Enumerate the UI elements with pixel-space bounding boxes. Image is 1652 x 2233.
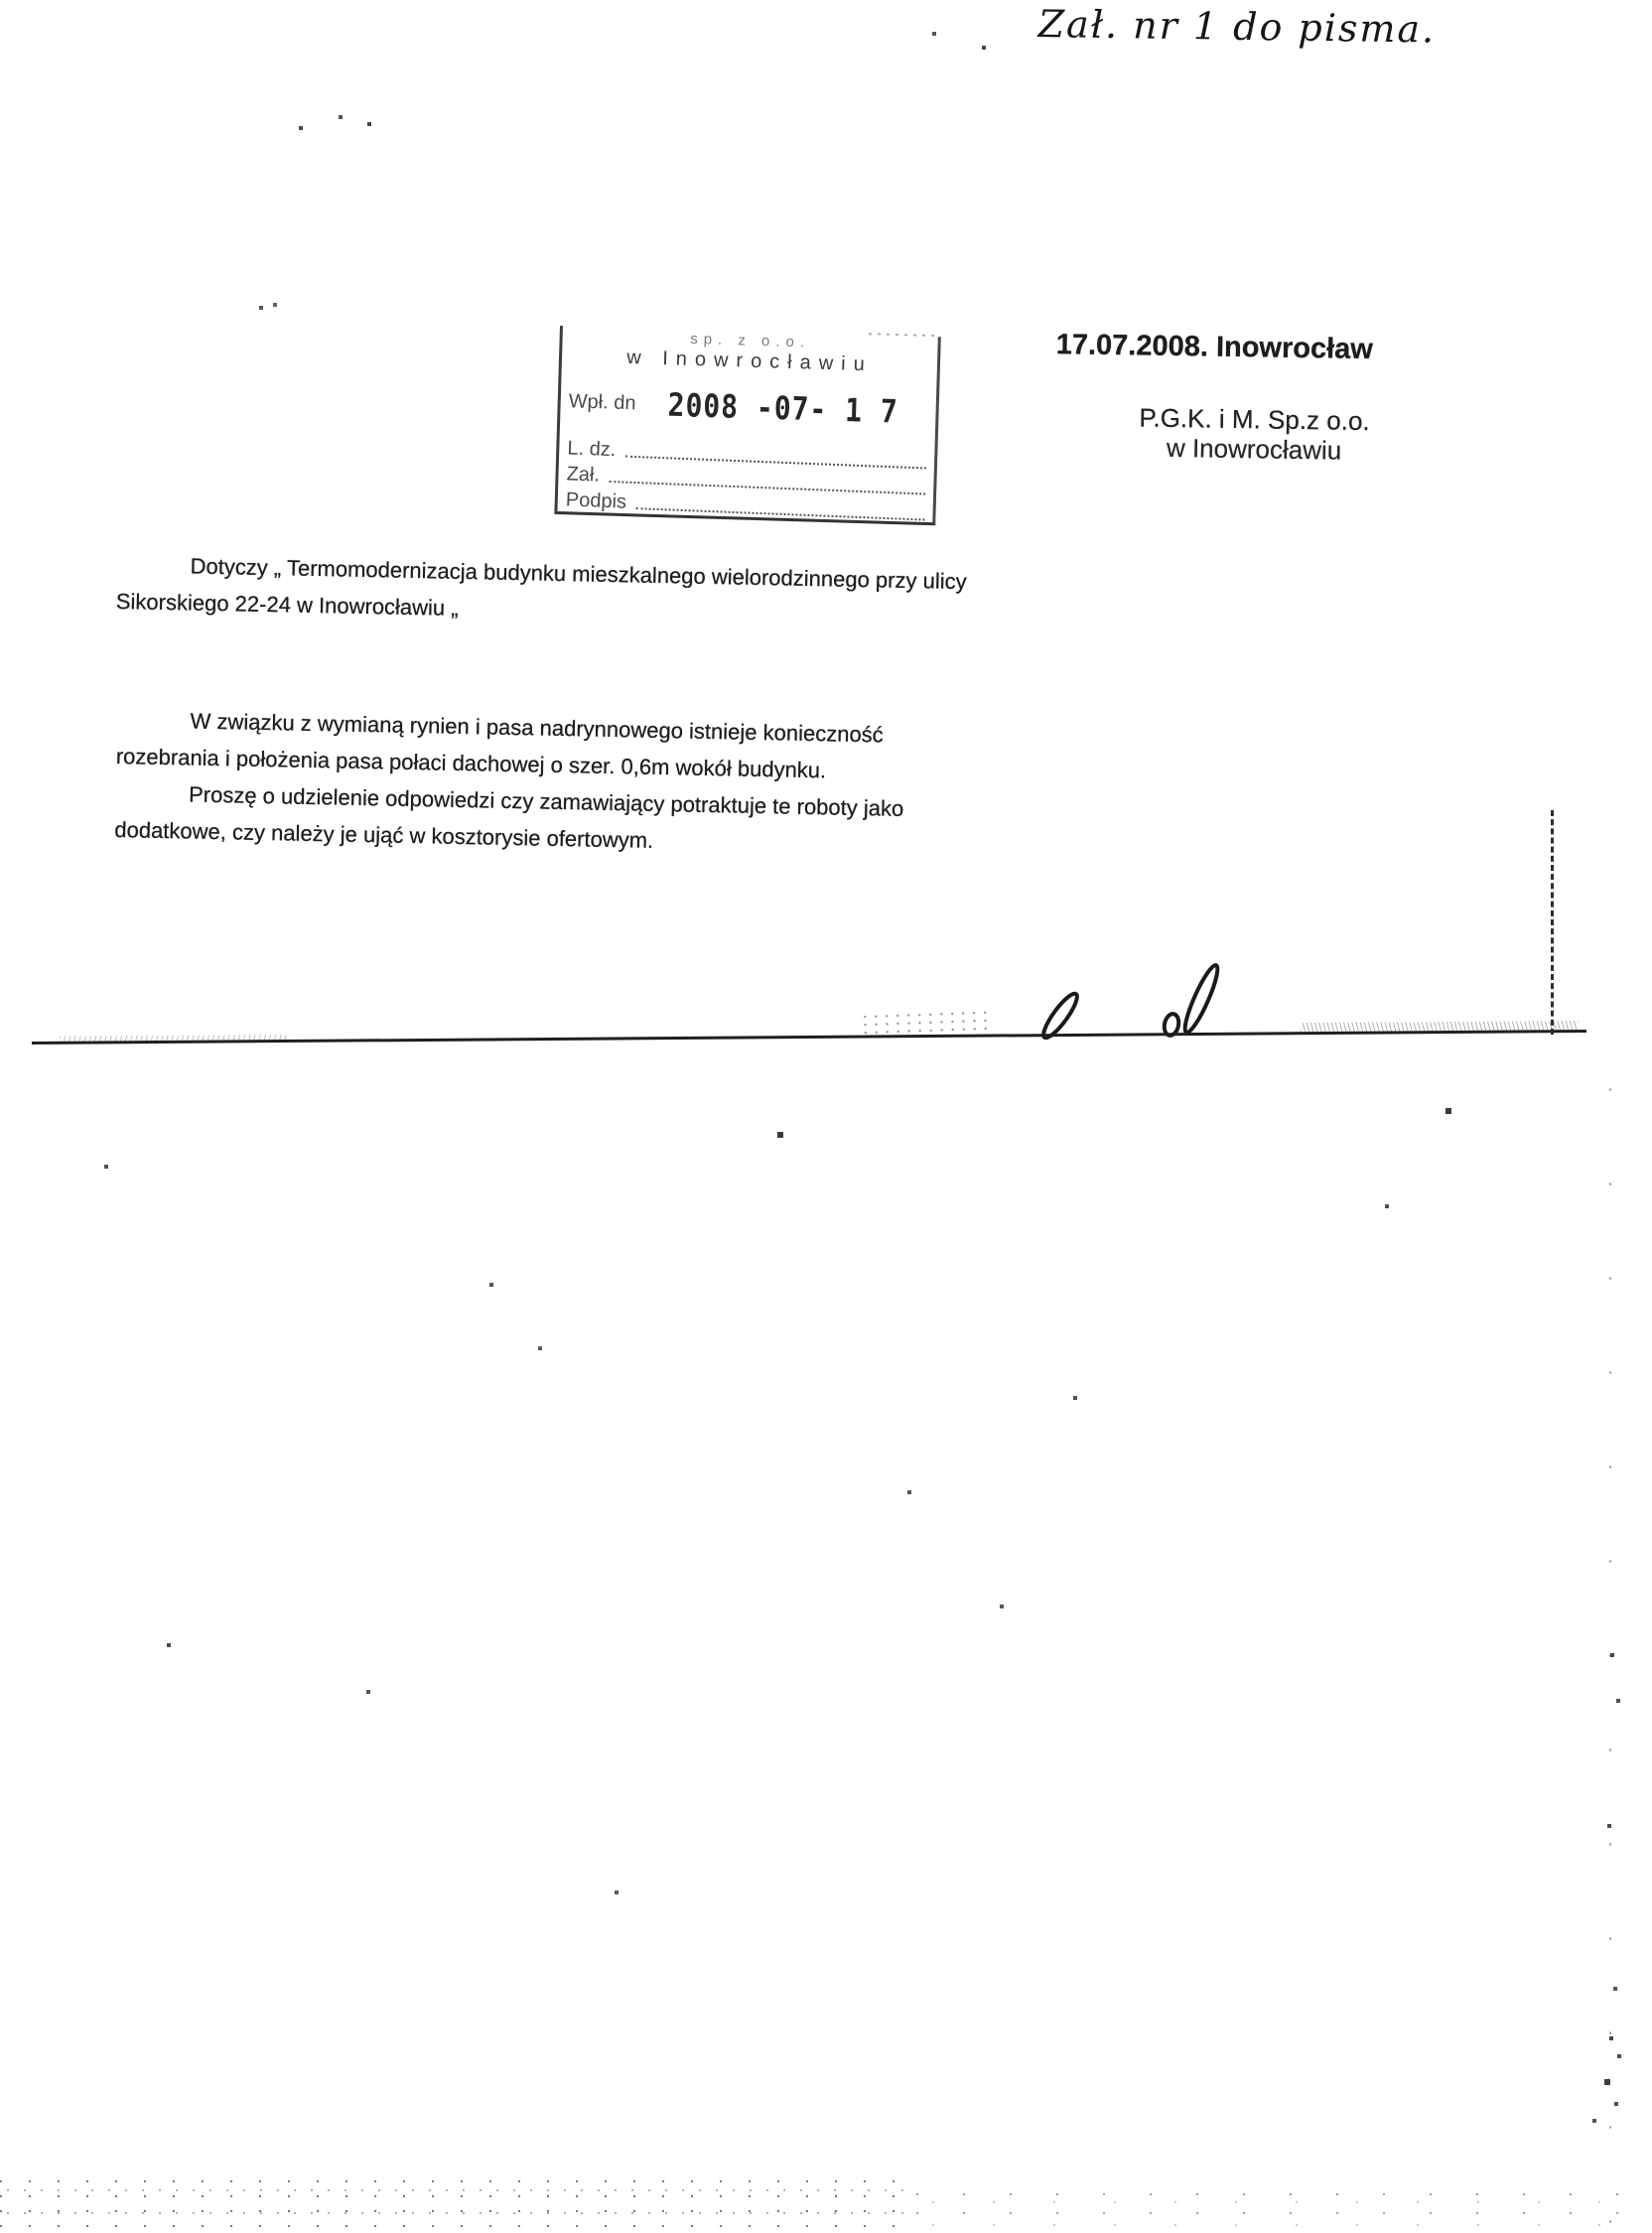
handwritten-note: Zał. nr 1 do pisma. [1037,2,1495,52]
scan-noise-right-edge [1602,1043,1624,2224]
subject-block: Dotyczy „ Termomodernizacja budynku mies… [116,546,1517,647]
header-company-block: P.G.K. i M. Sp.z o.o. w Inowrocławiu [1090,402,1419,467]
signature [1013,956,1241,1040]
stamp-fields: L. dz. Zał. Podpis [557,434,934,522]
stamp-received-label: Wpł. dn [568,390,652,415]
scanned-letter-page: { "colors": { "paper": "#ffffff", "ink":… [0,0,1652,2233]
scan-noise-bottom-left [0,2180,913,2230]
stamp-received-date: 2008 -07- 1 7 [667,386,898,431]
margin-dashed-line [1551,810,1554,1035]
stamp-field-label: Podpis [565,488,626,513]
baseline-rule [32,1030,1586,1045]
stamp-field-label: Zał. [566,463,600,487]
header-company: P.G.K. i M. Sp.z o.o. [1090,402,1418,437]
header-block: 17.07.2008. Inowrocław P.G.K. i M. Sp.z … [1046,328,1445,467]
header-date-place: 17.07.2008. Inowrocław [1055,328,1445,367]
intake-stamp: sp. z o.o. w Inowrocławiu Wpł. dn 2008 -… [554,326,940,525]
scan-noise-dots [0,0,2,2]
rule-specks [860,1009,990,1040]
signature-stroke [1180,962,1223,1035]
stamp-dotted-line [636,506,925,520]
scan-noise-bottom-right [913,2188,1652,2230]
stamp-field-label: L. dz. [567,437,617,462]
body-paragraphs: W związku z wymianą rynien i pasa nadryn… [114,701,1438,875]
stamp-received-row: Wpł. dn 2008 -07- 1 7 [560,385,936,429]
signature-stroke [1038,990,1081,1040]
header-company-city: w Inowrocławiu [1090,432,1418,467]
